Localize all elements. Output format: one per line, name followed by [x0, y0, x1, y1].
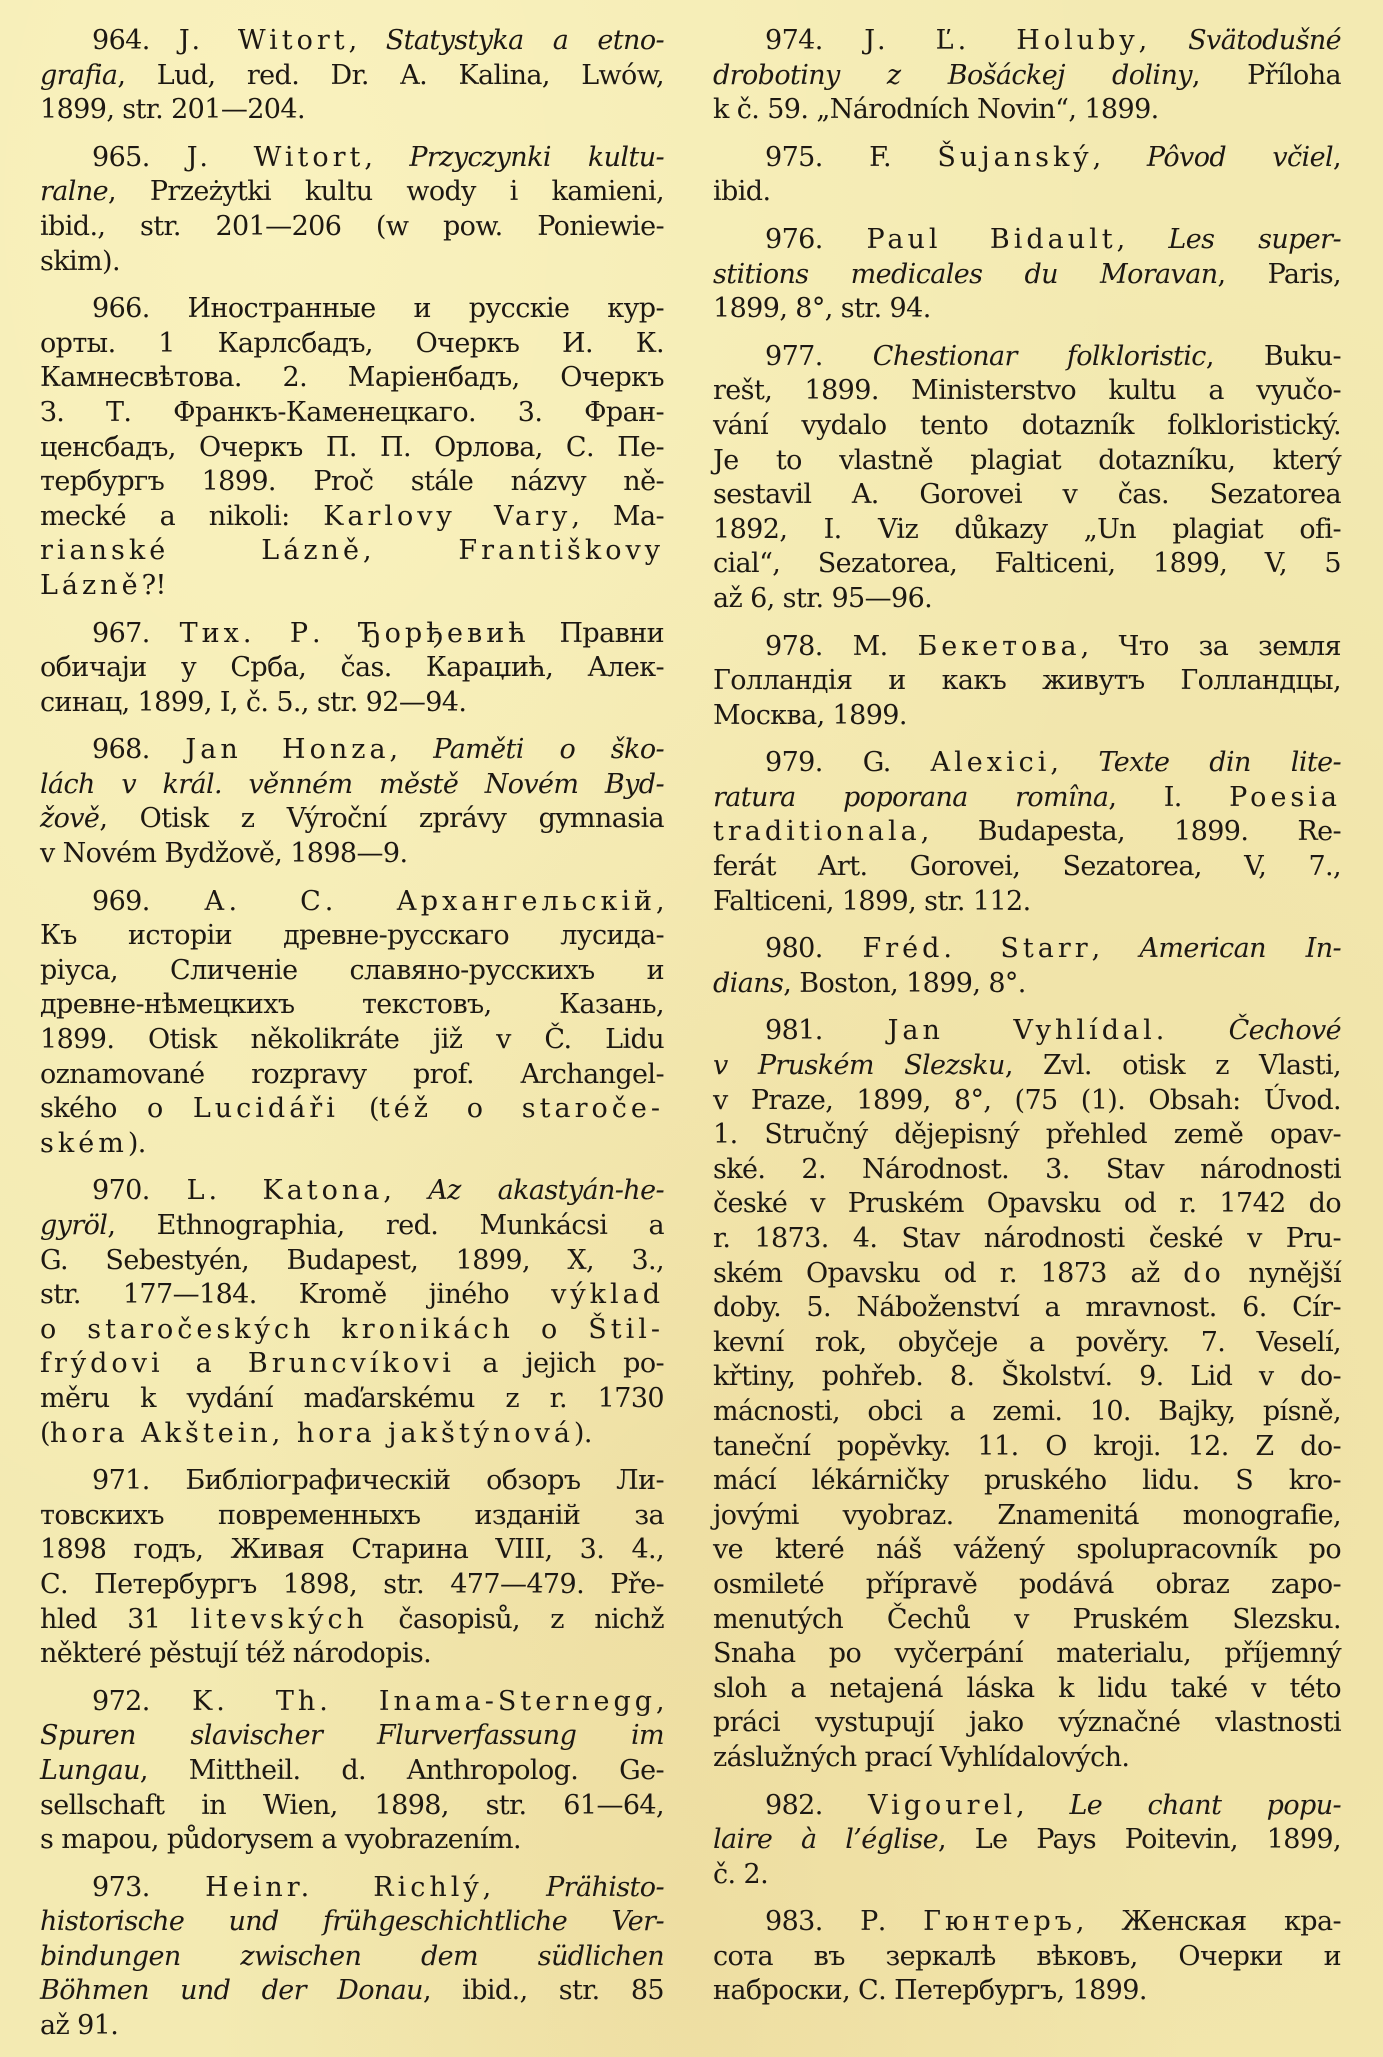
text-segment: mecké a nikoli: — [40, 501, 323, 532]
text-segment: sellschaft in Wien, 1898, str. 61—64, — [40, 1790, 664, 1821]
text-segment: ské. 2. Národnost. 3. Stav národnosti — [713, 1154, 1341, 1185]
entry-line: cial“, Sezatorea, Falticeni, 1899, V, 5 — [713, 547, 1341, 582]
entry-line: наброски, С. Петербургъ, 1899. — [713, 1974, 1341, 2009]
italic-title: Böhmen und der Donau — [40, 1975, 423, 2006]
text-segment: , Что за земля — [1081, 631, 1341, 662]
text-segment: osmileté přípravě podává obraz zapo- — [713, 1569, 1341, 1600]
bibliography-entry-970: 970. L. Katona, Az akastyán-he-gyröl, Et… — [40, 1174, 664, 1451]
entry-line: lách v král. věnném městě Novém Byd- — [40, 768, 664, 803]
text-segment: , — [1333, 142, 1341, 173]
text-segment: oznamované rozpravy prof. Archangel- — [40, 1059, 664, 1090]
entry-line: dians, Boston, 1899, 8°. — [713, 967, 1341, 1002]
text-segment: 1899, str. 201—204. — [40, 94, 305, 125]
bibliography-entry-978: 978. М. Бекетова, Что за земляГолландія … — [713, 630, 1341, 734]
bibliography-entry-975: 975. F. Šujanský, Pôvod včiel,ibid. — [713, 141, 1341, 210]
entry-line: mácí lékárničky pruského lidu. S kro- — [713, 1464, 1341, 1499]
bibliography-entry-964: 964. J. Witort, Statystyka a etno-grafia… — [40, 24, 664, 128]
entry-line: sloh a netajená láska k lidu také v této — [713, 1672, 1341, 1707]
text-segment: , Ma- — [571, 501, 664, 532]
entry-line: Камнесвѣтова. 2. Маріенбадъ, Очеркъ — [40, 361, 664, 396]
text-segment: v Novém Bydžově, 1898—9. — [40, 838, 407, 869]
spaced-author: Poesia — [1229, 782, 1341, 813]
entry-line: žově, Otisk z Výroční zprávy gymnasia — [40, 802, 664, 837]
entry-line: Je to vlastně plagiat dotazníku, který — [713, 444, 1341, 479]
text-segment: vání vydalo tento dotazník folkloristick… — [713, 410, 1341, 441]
text-segment: , — [1016, 1790, 1069, 1821]
spaced-author: J. Witort — [187, 142, 365, 173]
text-segment: , Ethnographia, red. Munkácsi a — [107, 1210, 664, 1241]
spaced-author: Paul Bidault — [866, 224, 1116, 255]
entry-line: товскихъ повременныхъ изданій за — [40, 1499, 664, 1534]
bibliography-entry-980: 980. Fréd. Starr, American In-dians, Bos… — [713, 932, 1341, 1001]
text-segment: č. 2. — [713, 1859, 768, 1890]
entry-line: doby. 5. Náboženství a mravnost. 6. Cír- — [713, 1291, 1341, 1326]
spaced-author: frýdovi a Bruncvíkovi — [40, 1348, 455, 1379]
entry-line: древне-нѣмецкихъ текстовъ, Казань, — [40, 988, 664, 1023]
text-segment: taneční popěvky. 11. O kroji. 12. Z do- — [713, 1431, 1341, 1462]
text-segment: 970. — [92, 1175, 187, 1206]
text-segment: v Praze, 1899, 8°, (75 (1). Obsah: Úvod. — [713, 1085, 1341, 1116]
entry-line: ibid., str. 201—206 (w pow. Poniewie- — [40, 210, 664, 245]
spaced-author: Vigourel — [868, 1790, 1016, 1821]
entry-line: mecké a nikoli: Karlovy Vary, Ma- — [40, 500, 664, 535]
text-segment: , Příloha — [1192, 60, 1341, 91]
text-segment: , — [656, 1686, 664, 1717]
entry-line: ského o Lucidáři (též o staroče- — [40, 1092, 664, 1127]
text-segment: některé pěstují též národopis. — [40, 1638, 431, 1669]
italic-title: dians — [713, 968, 783, 999]
entry-line: Къ исторіи древне-русскаго лусида- — [40, 919, 664, 954]
italic-title: ratura poporana romîna — [713, 782, 1108, 813]
entry-line: ratura poporana romîna, I. Poesia — [713, 781, 1341, 816]
bibliography-entry-965: 965. J. Witort, Przyczynki kultu-ralne, … — [40, 141, 664, 279]
italic-title: lách v král. věnném městě Novém Byd- — [40, 769, 664, 800]
entry-line: taneční popěvky. 11. O kroji. 12. Z do- — [713, 1430, 1341, 1465]
text-segment: , — [390, 734, 434, 765]
text-segment: sloh a netajená láska k lidu také v této — [713, 1673, 1341, 1704]
entry-line: ském Opavsku od r. 1873 až do nynější — [713, 1257, 1341, 1292]
text-segment: 980. — [765, 933, 863, 964]
text-segment: záslužných prací Vyhlídalových. — [713, 1742, 1129, 1773]
italic-title: Lungau — [40, 1755, 140, 1786]
text-segment: 975. F. — [765, 142, 937, 173]
text-segment: товскихъ повременныхъ изданій за — [40, 1500, 664, 1531]
text-segment: až 91. — [40, 2010, 118, 2041]
text-segment: 965. — [92, 142, 187, 173]
spaced-author: Jan Honza — [185, 734, 389, 765]
italic-title: Le chant popu- — [1069, 1790, 1341, 1821]
entry-line: až 6, str. 95—96. — [713, 582, 1341, 617]
entry-line: ve které náš vážený spolupracovník po — [713, 1533, 1341, 1568]
entry-line: v Novém Bydžově, 1898—9. — [40, 837, 664, 872]
text-segment: str. 177—184. Kromě jiného — [40, 1279, 551, 1310]
text-segment: , Buku- — [1206, 341, 1341, 372]
entry-line: 971. Библіографическій обзоръ Ли- — [40, 1464, 664, 1499]
text-segment: , — [656, 886, 664, 917]
text-segment: , — [364, 142, 409, 173]
entry-line: sellschaft in Wien, 1898, str. 61—64, — [40, 1789, 664, 1824]
bibliography-entry-977: 977. Chestionar folkloristic, Buku-rešt,… — [713, 340, 1341, 617]
bibliography-entry-979: 979. G. Alexici, Texte din lite-ratura p… — [713, 746, 1341, 919]
entry-line: frýdovi a Bruncvíkovi a jejich po- — [40, 1347, 664, 1382]
text-segment: , Przeżytki kultu wody i kamieni, — [108, 176, 664, 207]
entry-line: 977. Chestionar folkloristic, Buku- — [713, 340, 1341, 375]
text-segment: ). — [128, 1128, 146, 1159]
entry-line: křtiny, pohřeb. 8. Školství. 9. Lid v do… — [713, 1360, 1341, 1395]
spaced-author: traditionala — [713, 816, 921, 847]
entry-line: 967. Тих. Р. Ђорђевић Правни — [40, 617, 664, 652]
text-segment: G. Sebestyén, Budapest, 1899, X, 3., — [40, 1245, 664, 1276]
entry-line: menutých Čechů v Pruském Slezsku. — [713, 1603, 1341, 1638]
italic-title: Az akastyán-he- — [428, 1175, 664, 1206]
text-segment: Je to vlastně plagiat dotazníku, který — [713, 445, 1341, 476]
bibliography-entry-976: 976. Paul Bidault, Les super-stitions me… — [713, 223, 1341, 327]
text-segment: , ibid., str. 85 — [423, 1975, 664, 2006]
bibliography-entry-974: 974. J. Ľ. Holuby, Svätodušnédrobotiny z… — [713, 24, 1341, 128]
entry-line: 976. Paul Bidault, Les super- — [713, 223, 1341, 258]
entry-line: ценсбадъ, Очеркъ П. П. Орлова, С. Пе- — [40, 431, 664, 466]
entry-line: traditionala, Budapesta, 1899. Re- — [713, 815, 1341, 850]
text-segment: nynější — [1225, 1258, 1341, 1289]
entry-line: обичаји у Срба, čas. Караџић, Алек- — [40, 651, 664, 686]
entry-line: vání vydalo tento dotazník folkloristick… — [713, 409, 1341, 444]
entry-line: орты. 1 Карлсбадъ, Очеркъ И. К. — [40, 327, 664, 362]
text-segment: doby. 5. Náboženství a mravnost. 6. Cír- — [713, 1292, 1341, 1323]
text-segment: 974. — [765, 25, 864, 56]
spaced-author: J. Ľ. Holuby — [864, 25, 1138, 56]
entry-line: rešt, 1899. Ministerstvo kultu a vyučo- — [713, 374, 1341, 409]
text-segment: 983. Р. — [765, 1906, 923, 1937]
text-segment: ibid., str. 201—206 (w pow. Poniewie- — [40, 211, 664, 242]
entry-line: 981. Jan Vyhlídal. Čechové — [713, 1014, 1341, 1049]
bibliography-entry-968: 968. Jan Honza, Paměti o ško-lách v král… — [40, 733, 664, 871]
entry-line: str. 177—184. Kromě jiného výklad — [40, 1278, 664, 1313]
text-segment: синац, 1899, I, č. 5., str. 92—94. — [40, 687, 466, 718]
entry-line: s mapou, půdorysem a vyobrazením. — [40, 1823, 664, 1858]
text-segment: sestavil A. Gorovei v čas. Sezatorea — [713, 479, 1341, 510]
entry-line: jovými vyobraz. Znamenitá monografie, — [713, 1499, 1341, 1534]
spaced-author: Бекетова — [917, 631, 1080, 662]
text-segment: 976. — [765, 224, 866, 255]
text-segment: 982. — [765, 1790, 868, 1821]
entry-line: gyröl, Ethnographia, red. Munkácsi a — [40, 1209, 664, 1244]
text-segment: a jejich po- — [455, 1348, 664, 1379]
bibliography-entry-972: 972. K. Th. Inama-Sternegg,Spuren slavis… — [40, 1685, 664, 1858]
entry-line: Москва, 1899. — [713, 699, 1341, 734]
entry-line: 966. Иностранные и русскіе кур- — [40, 292, 664, 327]
entry-line: mácnosti, obci a zemi. 10. Bajky, písně, — [713, 1395, 1341, 1430]
bibliography-entry-982: 982. Vigourel, Le chant popu-laire à l’é… — [713, 1789, 1341, 1893]
entry-line: v Praze, 1899, 8°, (75 (1). Obsah: Úvod. — [713, 1084, 1341, 1119]
text-segment: cial“, Sezatorea, Falticeni, 1899, V, 5 — [713, 548, 1341, 579]
entry-line: 965. J. Witort, Przyczynki kultu- — [40, 141, 664, 176]
entry-line: v Pruském Slezsku, Zvl. otisk z Vlasti, — [713, 1049, 1341, 1084]
text-segment: ve které náš vážený spolupracovník po — [713, 1534, 1341, 1565]
text-segment: ( — [339, 1093, 379, 1124]
text-segment: Москва, 1899. — [713, 700, 907, 731]
entry-line: ralne, Przeżytki kultu wody i kamieni, — [40, 175, 664, 210]
italic-title: Prähisto- — [546, 1872, 664, 1903]
text-segment: , — [1139, 25, 1189, 56]
text-segment: hled 31 — [40, 1604, 191, 1635]
text-segment: měru k vydání maďarskému z r. 1730 — [40, 1383, 664, 1414]
italic-title: bindungen zwischen dem südlichen — [40, 1941, 664, 1972]
bibliography-entry-983: 983. Р. Гюнтеръ, Женская кра-сота въ зер… — [713, 1905, 1341, 2009]
entry-line: kevní rok, obyčeje a pověry. 7. Veselí, — [713, 1326, 1341, 1361]
entry-line: (hora Akštein, hora jakštýnová). — [40, 1417, 664, 1452]
entry-line: тербургъ 1899. Proč stále názvy ně- — [40, 465, 664, 500]
entry-line: Böhmen und der Donau, ibid., str. 85 — [40, 1974, 664, 2009]
italic-title: Svätodušné — [1188, 25, 1341, 56]
entry-line: oznamované rozpravy prof. Archangel- — [40, 1058, 664, 1093]
italic-title: laire à l’église — [713, 1824, 938, 1855]
entry-line: ské. 2. Národnost. 3. Stav národnosti — [713, 1153, 1341, 1188]
italic-title: žově — [40, 803, 99, 834]
entry-line: 982. Vigourel, Le chant popu- — [713, 1789, 1341, 1824]
text-segment: , — [1050, 747, 1098, 778]
entry-line: 980. Fréd. Starr, American In- — [713, 932, 1341, 967]
entry-line: ріуса, Сличеніе славяно-русскихъ и — [40, 954, 664, 989]
italic-title: Texte din lite- — [1098, 747, 1341, 778]
spaced-author: Alexici — [931, 747, 1051, 778]
italic-title: Spuren slavischer Flurverfassung im — [40, 1720, 664, 1751]
text-segment: , — [1093, 142, 1147, 173]
entry-line: k č. 59. „Národních Novin“, 1899. — [713, 93, 1341, 128]
text-segment: . — [1156, 1015, 1229, 1046]
italic-title: drobotiny z Bošáckej doliny — [713, 60, 1192, 91]
entry-line: 1899, 8°, str. 94. — [713, 292, 1341, 327]
italic-title: Čechové — [1229, 1015, 1341, 1046]
spaced-author: K. Th. Inama-Sternegg — [192, 1686, 656, 1717]
entry-line: 972. K. Th. Inama-Sternegg, — [40, 1685, 664, 1720]
text-segment: 977. — [765, 341, 873, 372]
text-segment: 969. — [92, 886, 204, 917]
entry-line: сота въ зеркалѣ вѣковъ, Очерки и — [713, 1940, 1341, 1975]
entry-line: ibid. — [713, 175, 1341, 210]
spaced-author: Šujanský — [937, 142, 1092, 173]
text-segment: rešt, 1899. Ministerstvo kultu a vyučo- — [713, 375, 1341, 406]
spaced-author: Františkovy — [458, 535, 664, 566]
text-segment: časopisů, z nichž — [368, 1604, 664, 1635]
italic-title: ralne — [40, 176, 108, 207]
entry-line: grafia, Lud, red. Dr. A. Kalina, Lwów, — [40, 59, 664, 94]
italic-title: Statystyka a etno- — [386, 25, 664, 56]
spaced-author: Lázně — [40, 570, 142, 601]
text-segment: 978. М. — [765, 631, 917, 662]
text-segment: сота въ зеркалѣ вѣковъ, Очерки и — [713, 1941, 1341, 1972]
italic-title: stitions medicales du Moravan — [713, 259, 1218, 290]
entry-line: sestavil A. Gorovei v čas. Sezatorea — [713, 478, 1341, 513]
text-segment: 1898 годъ, Живая Старина VIII, 3. 4., — [40, 1534, 664, 1565]
text-segment: орты. 1 Карлсбадъ, Очеркъ И. К. — [40, 328, 664, 359]
entry-line: české v Pruském Opavsku od r. 1742 do — [713, 1187, 1341, 1222]
entry-line: záslužných prací Vyhlídalových. — [713, 1741, 1341, 1776]
text-segment: k č. 59. „Národních Novin“, 1899. — [713, 94, 1159, 125]
entry-line: G. Sebestyén, Budapest, 1899, X, 3., — [40, 1244, 664, 1279]
text-segment: , — [483, 1872, 546, 1903]
text-segment: r. 1873. 4. Stav národnosti české v Pru- — [713, 1223, 1341, 1254]
spaced-author: Fréd. Starr — [863, 933, 1092, 964]
text-segment: Голландія и какъ живутъ Голландцы, — [713, 665, 1341, 696]
text-segment: 973. — [92, 1872, 205, 1903]
text-segment: , Lud, red. Dr. A. Kalina, Lwów, — [117, 60, 664, 91]
text-segment: Къ исторіи древне-русскаго лусида- — [40, 920, 664, 951]
spaced-author: L. Katona — [187, 1175, 384, 1206]
entry-line: 1899. Otisk několikráte již v Č. Lidu — [40, 1023, 664, 1058]
italic-title: historische und frühgeschichtliche Ver- — [40, 1906, 664, 1937]
text-segment: křtiny, pohřeb. 8. Školství. 9. Lid v do… — [713, 1361, 1341, 1392]
text-segment: 1899, 8°, str. 94. — [713, 293, 931, 324]
entry-line: o staročeských kronikách o Štil- — [40, 1313, 664, 1348]
spaced-author: též o staroče- — [379, 1093, 664, 1124]
text-segment: , — [383, 1175, 428, 1206]
italic-title: Paměti o ško- — [433, 734, 664, 765]
spaced-author: hora Akštein, hora jakštýnová — [50, 1418, 574, 1449]
text-segment: ріуса, Сличеніе славяно-русскихъ и — [40, 955, 664, 986]
entry-line: С. Петербургъ 1898, str. 477—479. Pře- — [40, 1568, 664, 1603]
text-segment: 1. Stručný dějepisný přehled země opav- — [713, 1119, 1341, 1150]
italic-title: Pôvod včiel — [1147, 142, 1333, 173]
entry-line: měru k vydání maďarskému z r. 1730 — [40, 1382, 664, 1417]
entry-line: ském). — [40, 1127, 664, 1162]
text-segment: , Budapesta, 1899. Re- — [921, 816, 1341, 847]
entry-line: 1892, I. Viz důkazy „Un plagiat ofi- — [713, 513, 1341, 548]
text-segment: ského o — [40, 1093, 193, 1124]
entry-line: Голландія и какъ живутъ Голландцы, — [713, 664, 1341, 699]
bibliography-entry-971: 971. Библіографическій обзоръ Ли-товских… — [40, 1464, 664, 1672]
entry-line: 973. Heinr. Richlý, Prähisto- — [40, 1871, 664, 1906]
spaced-author: výklad — [551, 1279, 664, 1310]
text-segment: 971. Библіографическій обзоръ Ли- — [92, 1465, 664, 1496]
entry-line: r. 1873. 4. Stav národnosti české v Pru- — [713, 1222, 1341, 1257]
text-segment: ferát Art. Gorovei, Sezatorea, V, 7., — [713, 851, 1341, 882]
entry-line: 1898 годъ, Живая Старина VIII, 3. 4., — [40, 1533, 664, 1568]
entry-line: Lázně?! — [40, 569, 664, 604]
text-segment: 979. G. — [765, 747, 931, 778]
entry-line: 983. Р. Гюнтеръ, Женская кра- — [713, 1905, 1341, 1940]
text-segment: ( — [40, 1418, 50, 1449]
text-segment: práci vystupují jako význačné vlastnosti — [713, 1707, 1341, 1738]
entry-line: laire à l’église, Le Pays Poitevin, 1899… — [713, 1823, 1341, 1858]
text-segment: ibid. — [713, 176, 770, 207]
italic-title: grafia — [40, 60, 117, 91]
text-segment: až 6, str. 95—96. — [713, 583, 932, 614]
text-segment: české v Pruském Opavsku od r. 1742 do — [713, 1188, 1341, 1219]
entry-line: 970. L. Katona, Az akastyán-he- — [40, 1174, 664, 1209]
entry-line: skim). — [40, 245, 664, 280]
text-segment: , — [349, 25, 386, 56]
text-segment: Falticeni, 1899, str. 112. — [713, 886, 1031, 917]
text-segment: З. Т. Франкъ-Каменецкаго. 3. Фран- — [40, 397, 664, 428]
entry-line: práci vystupují jako význačné vlastnosti — [713, 1706, 1341, 1741]
spaced-author: litevských — [191, 1604, 368, 1635]
entry-line: některé pěstují též národopis. — [40, 1637, 664, 1672]
spaced-author: Heinr. Richlý — [205, 1872, 483, 1903]
entry-line: З. Т. Франкъ-Каменецкаго. 3. Фран- — [40, 396, 664, 431]
text-segment: , — [1117, 224, 1169, 255]
left-column: 964. J. Witort, Statystyka a etno-grafia… — [40, 24, 664, 2057]
text-segment: mácí lékárničky pruského lidu. S kro- — [713, 1465, 1341, 1496]
spaced-author: А. С. Архангельскій — [204, 886, 656, 917]
right-column: 974. J. Ľ. Holuby, Svätodušnédrobotiny z… — [713, 24, 1341, 2022]
text-segment: , — [1092, 933, 1140, 964]
text-segment: 972. — [92, 1686, 192, 1717]
italic-title: Chestionar folkloristic — [873, 341, 1206, 372]
entry-line: drobotiny z Bošáckej doliny, Příloha — [713, 59, 1341, 94]
text-segment: kevní rok, obyčeje a pověry. 7. Veselí, — [713, 1327, 1341, 1358]
entry-line: historische und frühgeschichtliche Ver- — [40, 1905, 664, 1940]
entry-line: 978. М. Бекетова, Что за земля — [713, 630, 1341, 665]
text-segment: ském Opavsku od r. 1873 až — [713, 1258, 1183, 1289]
text-segment: jovými vyobraz. Znamenitá monografie, — [713, 1500, 1341, 1531]
text-segment: skim). — [40, 246, 120, 277]
spaced-author: ském — [40, 1128, 128, 1159]
text-segment: mácnosti, obci a zemi. 10. Bajky, písně, — [713, 1396, 1341, 1427]
text-segment: древне-нѣмецкихъ текстовъ, Казань, — [40, 989, 664, 1020]
text-segment: ?! — [142, 570, 166, 601]
entry-line: rianské Lázně, Františkovy — [40, 534, 664, 569]
text-segment: обичаји у Срба, čas. Караџић, Алек- — [40, 652, 664, 683]
entry-line: 969. А. С. Архангельскій, — [40, 885, 664, 920]
spaced-author: o staročeských kronikách o Štil- — [40, 1314, 664, 1345]
italic-title: Les super- — [1168, 224, 1341, 255]
text-segment: Snaha po vyčerpání materialu, příjemný — [713, 1638, 1341, 1669]
text-segment: тербургъ 1899. Proč stále názvy ně- — [40, 466, 664, 497]
entry-line: 968. Jan Honza, Paměti o ško- — [40, 733, 664, 768]
entry-line: Lungau, Mittheil. d. Anthropolog. Ge- — [40, 1754, 664, 1789]
text-segment: 967. — [92, 618, 180, 649]
entry-line: 1899, str. 201—204. — [40, 93, 664, 128]
text-segment: 968. — [92, 734, 185, 765]
entry-line: ferát Art. Gorovei, Sezatorea, V, 7., — [713, 850, 1341, 885]
text-segment: menutých Čechů v Pruském Slezsku. — [713, 1604, 1341, 1635]
entry-line: Snaha po vyčerpání materialu, příjemný — [713, 1637, 1341, 1672]
bibliography-entry-966: 966. Иностранные и русскіе кур-орты. 1 К… — [40, 292, 664, 603]
text-segment: 966. Иностранные и русскіе кур- — [92, 293, 664, 324]
text-segment: , Женская кра- — [1076, 1906, 1341, 1937]
spaced-author: Тих. Р. Ђорђевић — [180, 618, 530, 649]
text-segment: 1899. Otisk několikráte již v Č. Lidu — [40, 1024, 664, 1055]
spaced-author: Гюнтеръ — [923, 1906, 1076, 1937]
entry-line: stitions medicales du Moravan, Paris, — [713, 258, 1341, 293]
bibliography-entry-967: 967. Тих. Р. Ђорђевић Правниобичаји у Ср… — [40, 617, 664, 721]
text-segment: 1892, I. Viz důkazy „Un plagiat ofi- — [713, 514, 1341, 545]
spaced-author: Karlovy Vary — [323, 501, 571, 532]
text-segment: , I. — [1108, 782, 1229, 813]
text-segment: ценсбадъ, Очеркъ П. П. Орлова, С. Пе- — [40, 432, 664, 463]
italic-title: Przyczynki kultu- — [409, 142, 664, 173]
spaced-author: Jan Vyhlídal — [888, 1015, 1156, 1046]
text-segment: , Otisk z Výroční zprávy gymnasia — [99, 803, 664, 834]
text-segment: , Mittheil. d. Anthropolog. Ge- — [140, 1755, 664, 1786]
italic-title: American In- — [1139, 933, 1341, 964]
text-segment: s mapou, půdorysem a vyobrazením. — [40, 1824, 521, 1855]
entry-line: 964. J. Witort, Statystyka a etno- — [40, 24, 664, 59]
text-segment: ). — [574, 1418, 592, 1449]
entry-line: 979. G. Alexici, Texte din lite- — [713, 746, 1341, 781]
text-segment: , Boston, 1899, 8°. — [783, 968, 1026, 999]
entry-line: Falticeni, 1899, str. 112. — [713, 885, 1341, 920]
entry-line: 1. Stručný dějepisný přehled země opav- — [713, 1118, 1341, 1153]
italic-title: v Pruském Slezsku — [713, 1050, 1005, 1081]
bibliography-entry-973: 973. Heinr. Richlý, Prähisto-historische… — [40, 1871, 664, 2044]
text-segment: , Paris, — [1218, 259, 1342, 290]
entry-line: bindungen zwischen dem südlichen — [40, 1940, 664, 1975]
entry-line: 975. F. Šujanský, Pôvod včiel, — [713, 141, 1341, 176]
entry-line: až 91. — [40, 2009, 664, 2044]
text-segment: С. Петербургъ 1898, str. 477—479. Pře- — [40, 1569, 664, 1600]
spaced-author: J. Witort — [179, 25, 349, 56]
